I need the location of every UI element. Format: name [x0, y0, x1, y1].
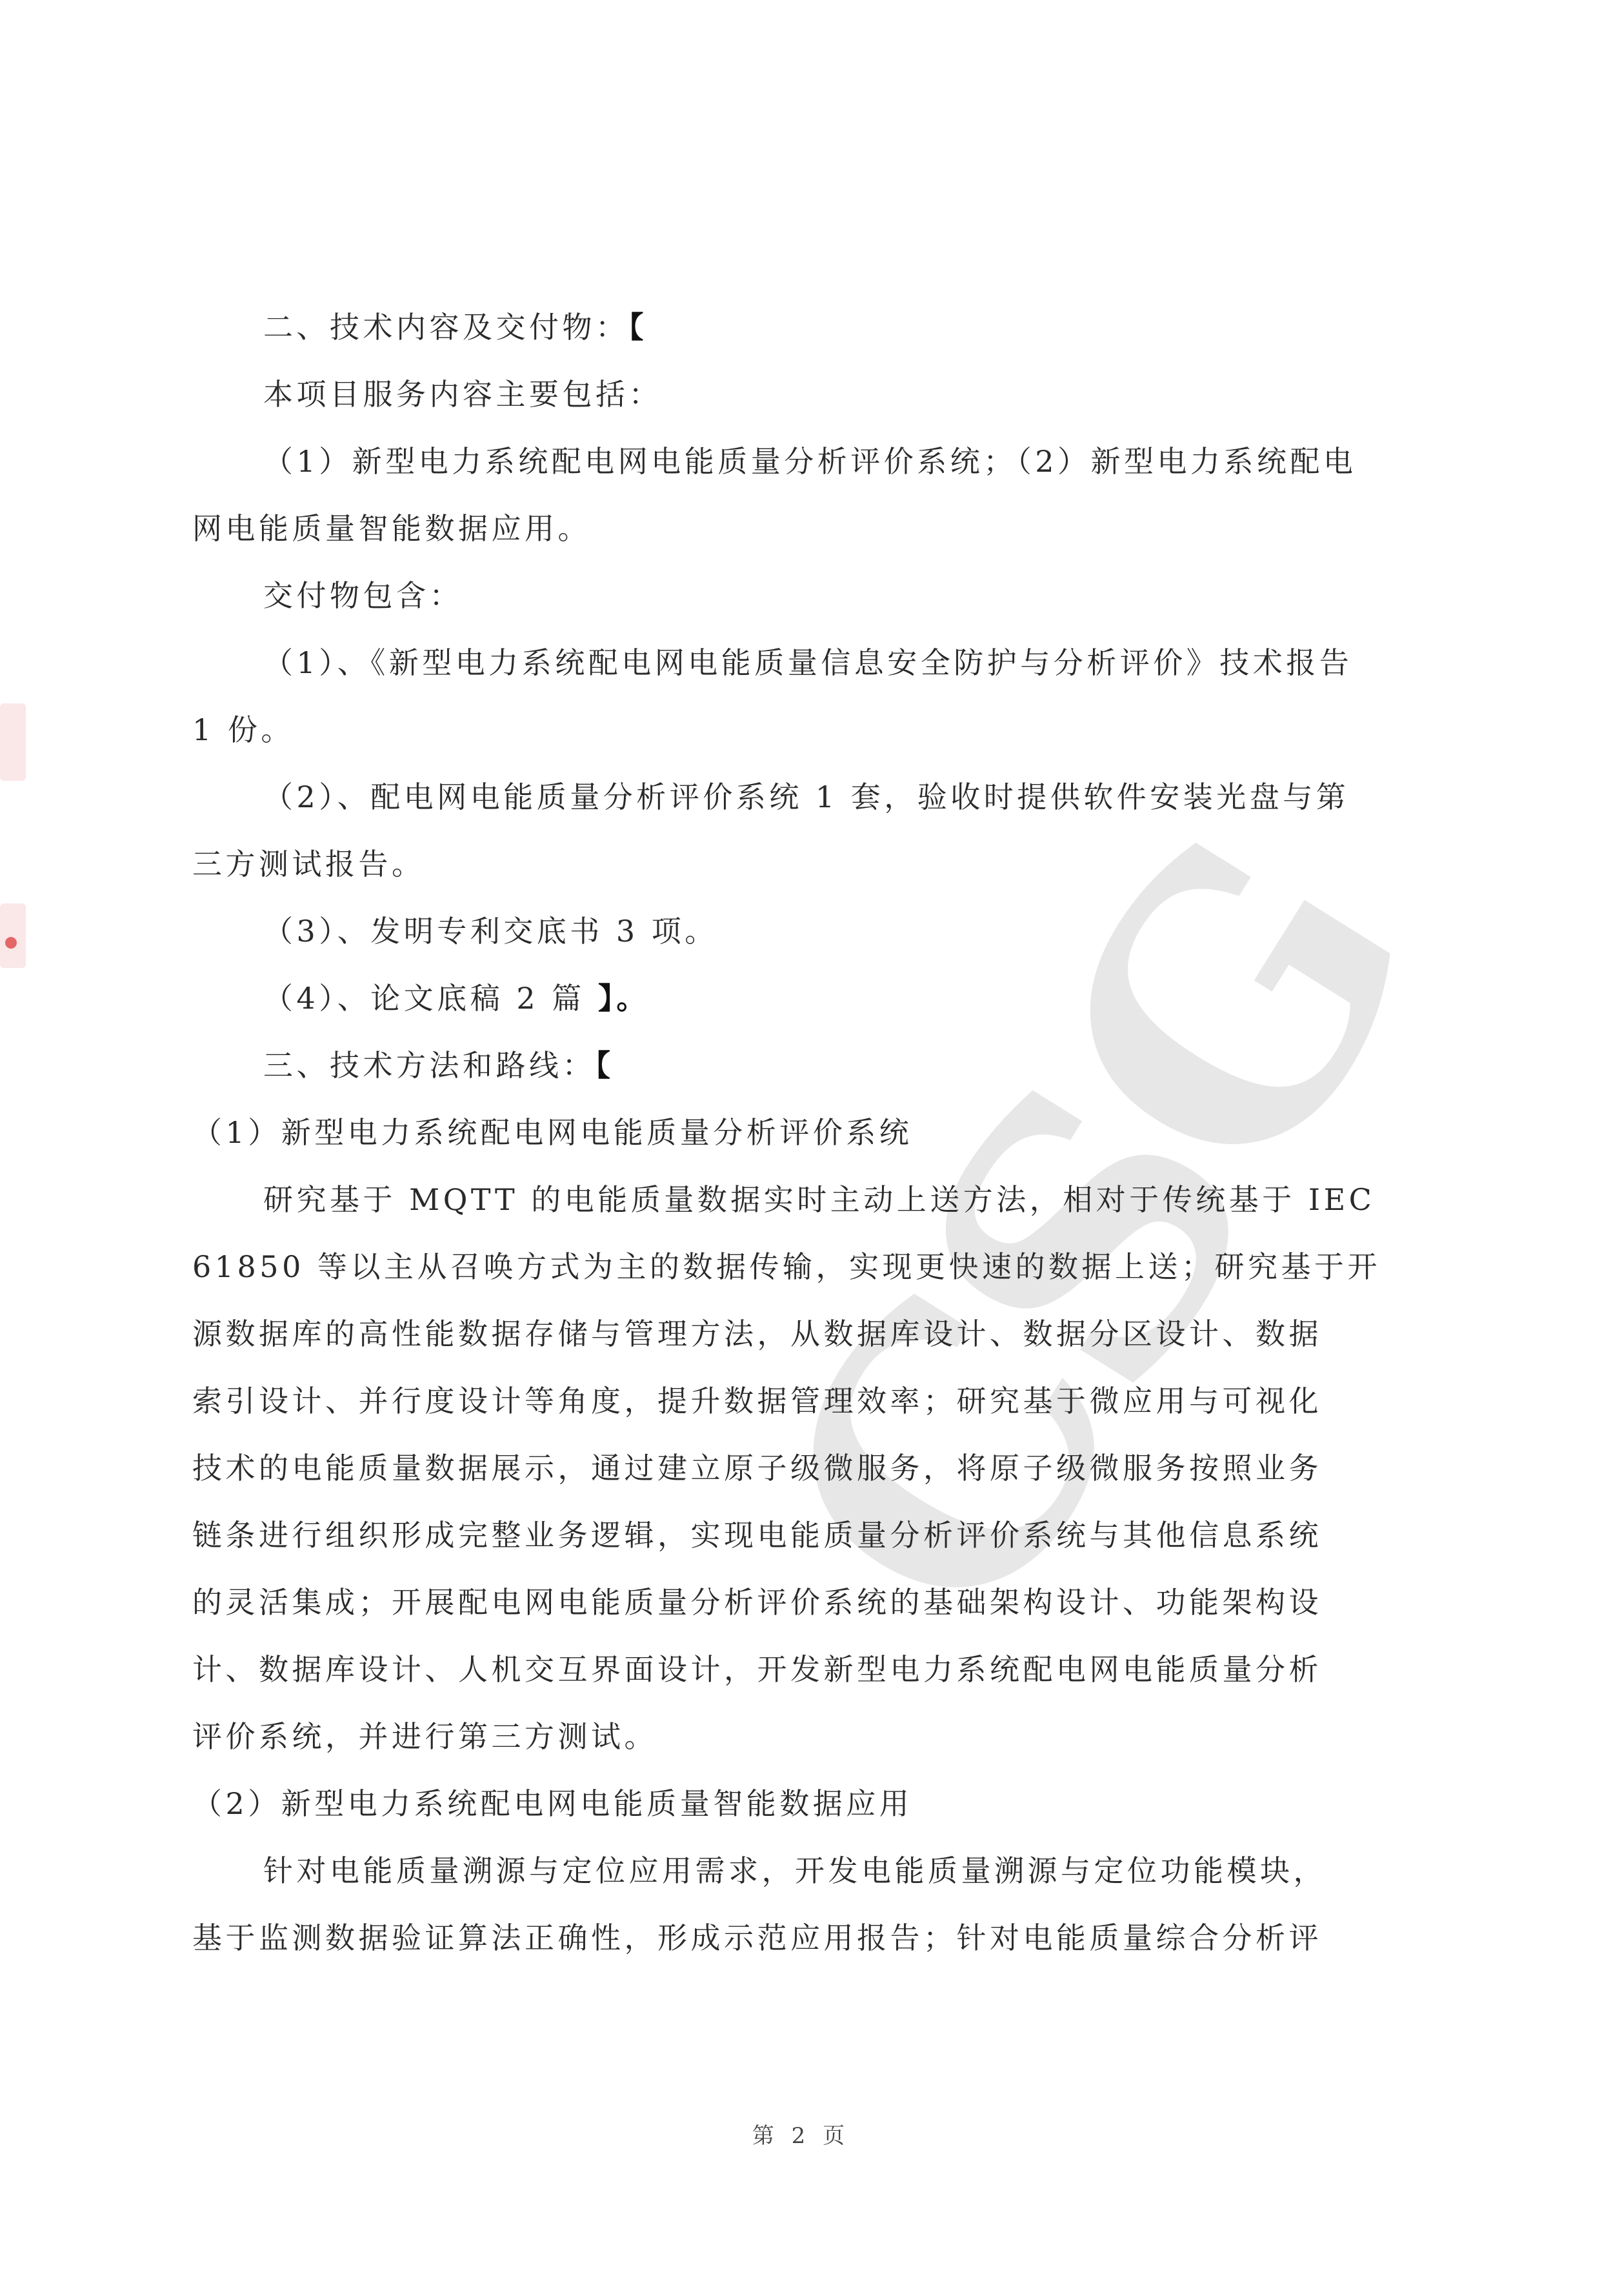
paragraph: 的灵活集成；开展配电网电能质量分析评价系统的基础架构设计、功能架构设: [192, 1569, 1391, 1636]
deliverable-item-2: （2）、配电网电能质量分析评价系统 1 套，验收时提供软件安装光盘与第: [192, 763, 1391, 831]
bracket-mark: 】。: [598, 981, 650, 1016]
paragraph: 技术的电能质量数据展示，通过建立原子级微服务，将原子级微服务按照业务: [192, 1435, 1391, 1502]
seal-ink-spot: [5, 937, 17, 949]
deliverable-item-1: （1）、《新型电力系统配电网电能质量信息安全防护与分析评价》技术报告: [192, 629, 1391, 696]
deliverable-item-4: （4）、论文底稿 2 篇 】。: [192, 965, 1391, 1032]
subheading-2: （2）新型电力系统配电网电能质量智能数据应用: [192, 1770, 1391, 1837]
paragraph: 网电能质量智能数据应用。: [192, 495, 1391, 562]
paragraph: 本项目服务内容主要包括：: [192, 361, 1391, 428]
deliverable-item-2-cont: 三方测试报告。: [192, 831, 1391, 898]
deliverable-item-1-cont: 1 份。: [192, 696, 1391, 763]
bracket-mark: 【: [629, 310, 648, 345]
subheading-1: （1）新型电力系统配电网电能质量分析评价系统: [192, 1099, 1391, 1166]
document-page: CSG 二、技术内容及交付物：【 本项目服务内容主要包括： （1）新型电力系统配…: [0, 0, 1602, 2296]
paragraph: 计、数据库设计、人机交互界面设计，开发新型电力系统配电网电能质量分析: [192, 1636, 1391, 1703]
paragraph: 评价系统，并进行第三方测试。: [192, 1703, 1391, 1770]
text: 二、技术内容及交付物：: [263, 310, 629, 345]
paragraph: 研究基于 MQTT 的电能质量数据实时主动上送方法，相对于传统基于 IEC: [192, 1166, 1391, 1233]
document-body: 二、技术内容及交付物：【 本项目服务内容主要包括： （1）新型电力系统配电网电能…: [192, 294, 1391, 1971]
paragraph: 链条进行组织形成完整业务逻辑，实现电能质量分析评价系统与其他信息系统: [192, 1502, 1391, 1569]
section-heading-methods: 三、技术方法和路线：【: [192, 1032, 1391, 1099]
paragraph: 源数据库的高性能数据存储与管理方法，从数据库设计、数据分区设计、数据: [192, 1300, 1391, 1367]
seal-edge-bottom: [0, 903, 26, 968]
seal-edge-top: [0, 703, 26, 781]
paragraph: 交付物包含：: [192, 562, 1391, 629]
section-heading-deliverables: 二、技术内容及交付物：【: [192, 294, 1391, 361]
bracket-mark: 【: [596, 1048, 614, 1083]
paragraph: 基于监测数据验证算法正确性，形成示范应用报告；针对电能质量综合分析评: [192, 1904, 1391, 1971]
text: （4）、论文底稿 2 篇: [263, 981, 598, 1016]
deliverable-item-3: （3）、发明专利交底书 3 项。: [192, 898, 1391, 965]
page-number: 第 2 页: [0, 2118, 1602, 2150]
text: 三、技术方法和路线：: [263, 1048, 596, 1083]
paragraph: 索引设计、并行度设计等角度，提升数据管理效率；研究基于微应用与可视化: [192, 1367, 1391, 1435]
paragraph: 61850 等以主从召唤方式为主的数据传输，实现更快速的数据上送；研究基于开: [192, 1233, 1391, 1300]
paragraph: （1）新型电力系统配电网电能质量分析评价系统；（2）新型电力系统配电: [192, 428, 1391, 495]
paragraph: 针对电能质量溯源与定位应用需求，开发电能质量溯源与定位功能模块，: [192, 1837, 1391, 1904]
